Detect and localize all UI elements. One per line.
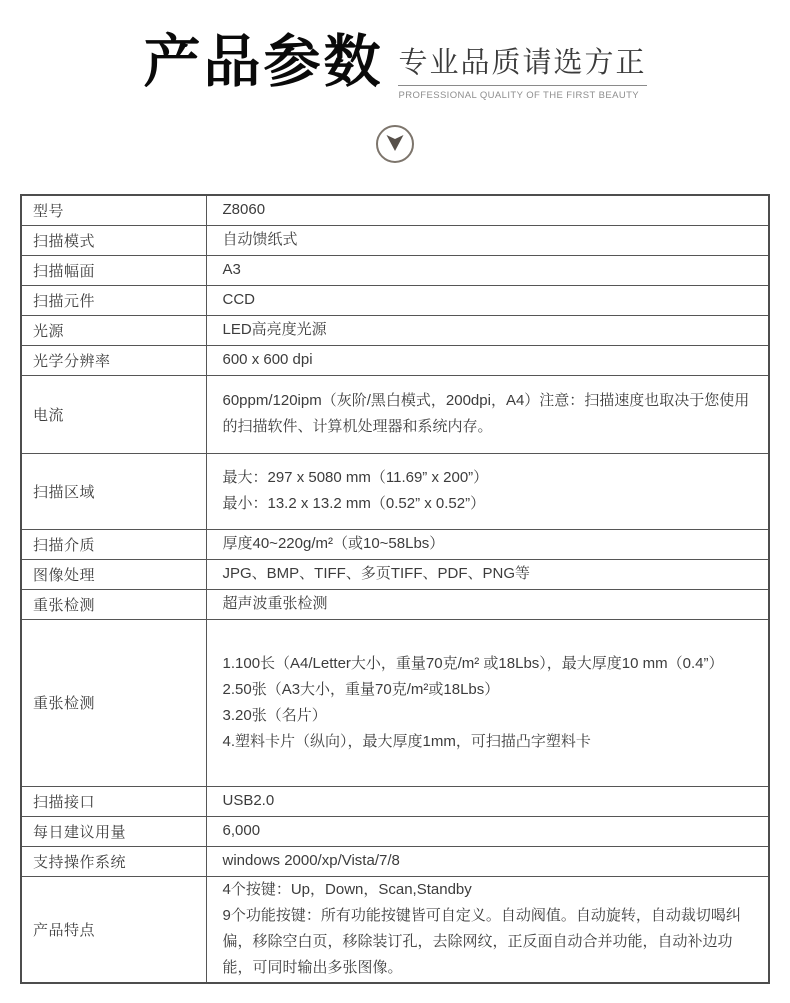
spec-value-line: 最大：297 x 5080 mm（11.69” x 200”） xyxy=(223,465,755,491)
spec-value-line: 2.50张（A3大小，重量70克/m²或18Lbs） xyxy=(223,677,755,703)
table-row: 扫描元件 CCD xyxy=(21,285,769,315)
spec-table: 型号 Z8060 扫描模式 自动馈纸式 扫描幅面 A3 扫描元件 CCD 光源 … xyxy=(20,194,770,984)
spec-value: 自动馈纸式 xyxy=(206,225,769,255)
spec-value: 6,000 xyxy=(206,816,769,846)
spec-label: 扫描模式 xyxy=(21,225,206,255)
spec-value: 600 x 600 dpi xyxy=(206,345,769,375)
table-row: 扫描幅面 A3 xyxy=(21,255,769,285)
spec-value-line: 4个按键：Up，Down，Scan,Standby xyxy=(223,877,755,903)
spec-label: 重张检测 xyxy=(21,619,206,786)
spec-value-line: 最小：13.2 x 13.2 mm（0.52” x 0.52”） xyxy=(223,491,755,517)
chevron-down-icon xyxy=(383,130,407,159)
spec-value-line: 3.20张（名片） xyxy=(223,703,755,729)
spec-label: 光学分辨率 xyxy=(21,345,206,375)
spec-label: 光源 xyxy=(21,315,206,345)
spec-value-line: 9个功能按键：所有功能按键皆可自定义。自动阀值。自动旋转，自动裁切喝纠偏，移除空… xyxy=(223,903,755,981)
spec-value: 厚度40~220g/m²（或10~58Lbs） xyxy=(206,529,769,559)
spec-value: LED高亮度光源 xyxy=(206,315,769,345)
table-row: 支持操作系统 windows 2000/xp/Vista/7/8 xyxy=(21,846,769,876)
table-row: 扫描介质 厚度40~220g/m²（或10~58Lbs） xyxy=(21,529,769,559)
spec-label: 产品特点 xyxy=(21,876,206,983)
spec-label: 扫描区域 xyxy=(21,453,206,529)
spec-label: 扫描介质 xyxy=(21,529,206,559)
spec-value: JPG、BMP、TIFF、多页TIFF、PDF、PNG等 xyxy=(206,559,769,589)
spec-value: Z8060 xyxy=(206,195,769,225)
table-row: 图像处理 JPG、BMP、TIFF、多页TIFF、PDF、PNG等 xyxy=(21,559,769,589)
spec-value-line: 4.塑料卡片（纵向），最大厚度1mm，可扫描凸字塑料卡 xyxy=(223,729,755,755)
spec-label: 扫描幅面 xyxy=(21,255,206,285)
subtitle: 专业品质请选方正 xyxy=(398,40,646,85)
spec-label: 支持操作系统 xyxy=(21,846,206,876)
table-row: 电流 60ppm/120ipm（灰阶/黑白模式，200dpi，A4）注意：扫描速… xyxy=(21,375,769,453)
page-title: 产品参数 xyxy=(143,34,383,91)
spec-value: windows 2000/xp/Vista/7/8 xyxy=(206,846,769,876)
table-row: 每日建议用量 6,000 xyxy=(21,816,769,846)
subtitle-english: PROFESSIONAL QUALITY OF THE FIRST BEAUTY xyxy=(398,90,646,101)
spec-label: 扫描元件 xyxy=(21,285,206,315)
spec-label: 重张检测 xyxy=(21,589,206,619)
spec-value: 最大：297 x 5080 mm（11.69” x 200”） 最小：13.2 … xyxy=(206,453,769,529)
table-row: 扫描模式 自动馈纸式 xyxy=(21,225,769,255)
table-row: 扫描区域 最大：297 x 5080 mm（11.69” x 200”） 最小：… xyxy=(21,453,769,529)
table-row: 光源 LED高亮度光源 xyxy=(21,315,769,345)
spec-value: 1.100长（A4/Letter大小，重量70克/m² 或18Lbs），最大厚度… xyxy=(206,619,769,786)
spec-label: 电流 xyxy=(21,375,206,453)
subtitle-block: 专业品质请选方正 PROFESSIONAL QUALITY OF THE FIR… xyxy=(398,40,646,101)
table-row: 产品特点 4个按键：Up，Down，Scan,Standby 9个功能按键：所有… xyxy=(21,876,769,983)
subtitle-underline xyxy=(398,85,646,86)
page-header: 产品参数 专业品质请选方正 PROFESSIONAL QUALITY OF TH… xyxy=(0,0,790,101)
spec-label: 型号 xyxy=(21,195,206,225)
spec-label: 图像处理 xyxy=(21,559,206,589)
scroll-down-circle xyxy=(376,125,414,163)
spec-label: 每日建议用量 xyxy=(21,816,206,846)
table-row: 扫描接口 USB2.0 xyxy=(21,786,769,816)
spec-value-line: 1.100长（A4/Letter大小，重量70克/m² 或18Lbs），最大厚度… xyxy=(223,651,755,677)
spec-value: 60ppm/120ipm（灰阶/黑白模式，200dpi，A4）注意：扫描速度也取… xyxy=(206,375,769,453)
table-row: 型号 Z8060 xyxy=(21,195,769,225)
spec-value: 4个按键：Up，Down，Scan,Standby 9个功能按键：所有功能按键皆… xyxy=(206,876,769,983)
spec-value: 超声波重张检测 xyxy=(206,589,769,619)
table-row: 重张检测 1.100长（A4/Letter大小，重量70克/m² 或18Lbs）… xyxy=(21,619,769,786)
spec-value: CCD xyxy=(206,285,769,315)
spec-label: 扫描接口 xyxy=(21,786,206,816)
table-row: 重张检测 超声波重张检测 xyxy=(21,589,769,619)
spec-value: USB2.0 xyxy=(206,786,769,816)
table-row: 光学分辨率 600 x 600 dpi xyxy=(21,345,769,375)
spec-value: A3 xyxy=(206,255,769,285)
